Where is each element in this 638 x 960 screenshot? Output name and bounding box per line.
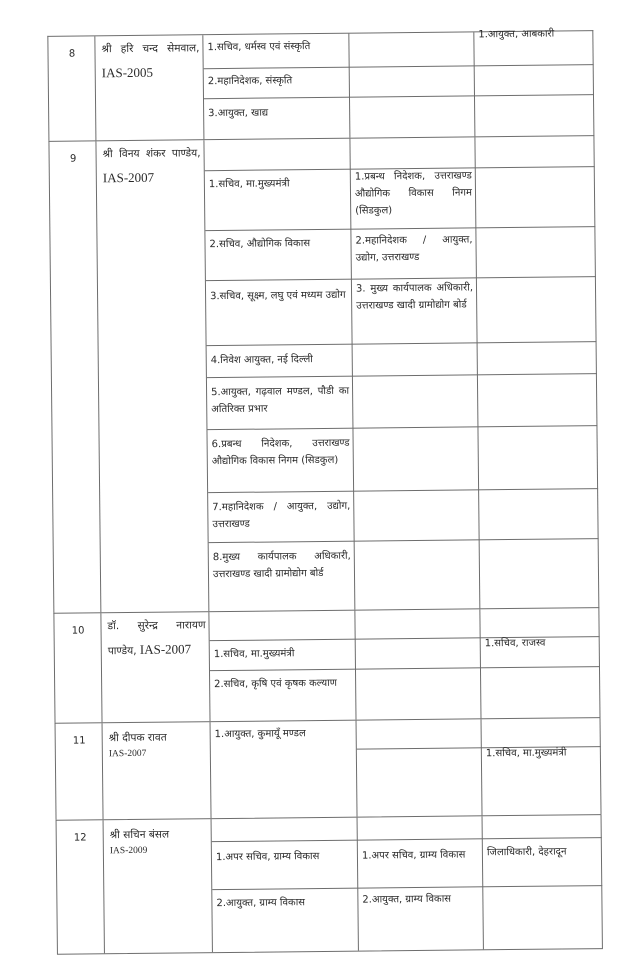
officer-name: श्री विनय शंकर पाण्डेय, IAS-2007 [102, 142, 200, 191]
serial-number: 8 [48, 48, 95, 59]
posting-a-8: 8.मुख्य कार्यपालक अधिकारी, उत्तराखण्ड खा… [209, 548, 355, 584]
officer-name: श्री दीपक रावतIAS-2007 [109, 730, 207, 762]
officer-name: डॉ. सुरेन्द्र नारायण पाण्डेय, IAS-2007 [107, 614, 205, 663]
posting-a-3: 3.सचिव, सूक्ष्म, लघु एवं मध्यम उद्योग [206, 287, 352, 306]
posting-a-1: 1.आयुक्त, कुमायूँ मण्डल [211, 725, 357, 744]
posting-a-3: 3.आयुक्त, खाद्य [204, 104, 350, 123]
posting-a-1: 1.सचिव, मा.मुख्यमंत्री [210, 645, 356, 664]
posting-a-6: 6.प्रबन्ध निदेशक, उत्तराखण्ड औद्योगिक वि… [208, 435, 354, 471]
posting-a-2: 2.सचिव, कृषि एवं कृषक कल्याण [210, 675, 356, 694]
posting-b-2: 2.महानिदेशक / आयुक्त, उद्योग, उत्तराखण्ड [351, 231, 476, 266]
posting-c-1: 1.सचिव, राजस्व [481, 634, 600, 652]
posting-a-2: 2.महानिदेशक, संस्कृति [204, 72, 350, 91]
serial-number: 11 [56, 735, 103, 746]
posting-c-1: 1.सचिव, मा.मुख्यमंत्री [482, 744, 601, 762]
posting-a-5: 5.आयुक्त, गढ़वाल मण्डल, पौडी का अतिरिक्त… [207, 383, 353, 419]
posting-a-2: 2.आयुक्त, ग्राम्य विकास [212, 894, 358, 913]
table-row: 9 श्री विनय शंकर पाण्डेय, IAS-2007 1.सचि… [48, 135, 599, 613]
posting-a-2: 2.सचिव, औद्योगिक विकास [205, 235, 351, 254]
posting-b-1: 1.अपर सचिव, ग्राम्य विकास [358, 846, 483, 864]
posting-a-4: 4.निवेश आयुक्त, नई दिल्ली [207, 351, 353, 370]
posting-a-1: 1.सचिव, धर्मस्व एवं संस्कृति [203, 38, 349, 57]
posting-a-1: 1.अपर सचिव, ग्राम्य विकास [212, 848, 358, 867]
officer-name: श्री सचिन बंसलIAS-2009 [110, 827, 208, 859]
posting-a-7: 7.महानिदेशक / आयुक्त, उद्योग, उत्तराखण्ड [208, 498, 354, 534]
serial-number: 10 [55, 625, 102, 636]
posting-b-3: 3. मुख्य कार्यपालक अधिकारी, उत्तराखण्ड ख… [352, 279, 477, 314]
document-page: 8 श्री हरि चन्द सेमवाल, IAS-2005 1.सचिव,… [0, 0, 638, 960]
posting-c-1: जिलाधिकारी, देहरादून [483, 843, 602, 861]
posting-c-1: 1.आयुक्त, आबकारी [474, 25, 593, 43]
posting-b-1: 1.प्रबन्ध निदेशक, उत्तराखण्ड औद्योगिक वि… [351, 167, 477, 219]
posting-a-1: 1.सचिव, मा.मुख्यमंत्री [205, 175, 351, 194]
serial-number: 9 [50, 153, 97, 164]
table-row: 11 श्री दीपक रावतIAS-2007 1.आयुक्त, कुमा… [55, 717, 602, 820]
officer-name: श्री हरि चन्द सेमवाल, IAS-2005 [101, 37, 199, 86]
table-row: 8 श्री हरि चन्द सेमवाल, IAS-2005 1.सचिव,… [47, 30, 594, 141]
serial-number: 12 [57, 832, 104, 843]
posting-b-2: 2.आयुक्त, ग्राम्य विकास [358, 890, 483, 908]
table-row: 10 डॉ. सुरेन्द्र नारायण पाण्डेय, IAS-200… [53, 607, 600, 723]
table-row: 12 श्री सचिन बंसलIAS-2009 1.अपर सचिव, ग्… [56, 814, 603, 955]
